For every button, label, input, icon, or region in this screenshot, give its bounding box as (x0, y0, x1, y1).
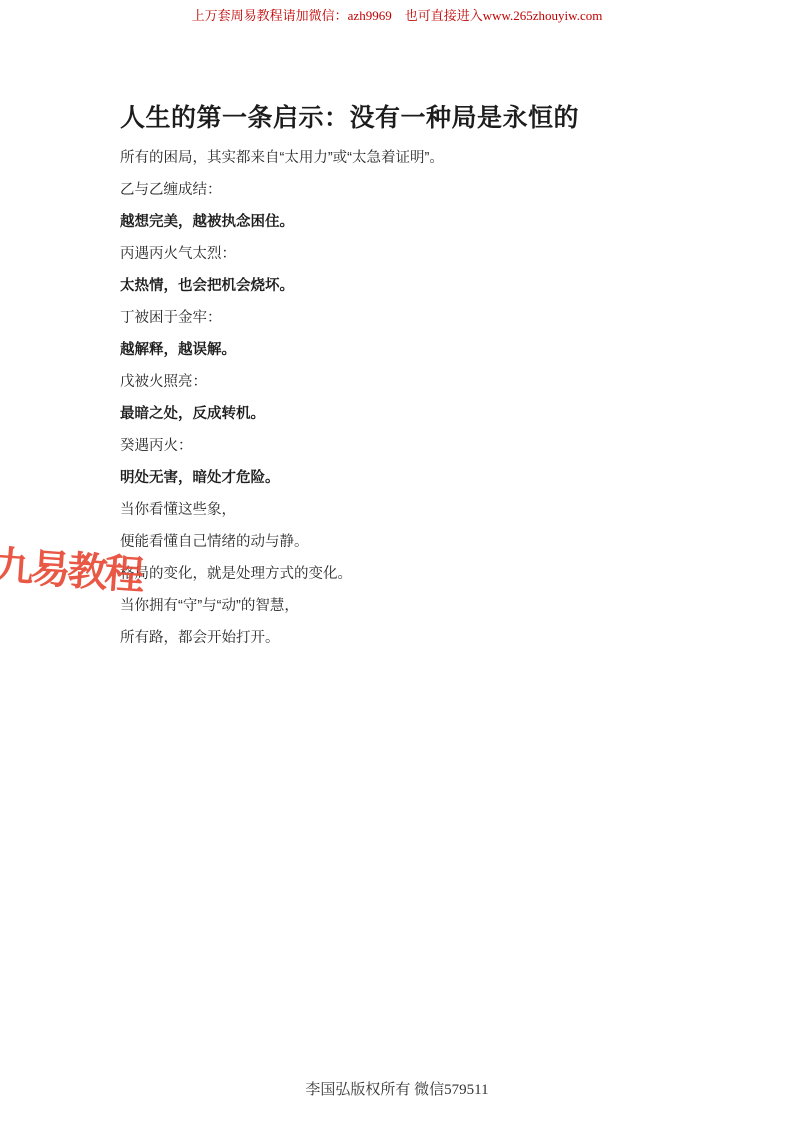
body-line-emphasis: 太热情，也会把机会烧坏。 (120, 270, 680, 302)
body-line: 格局的变化，就是处理方式的变化。 (120, 558, 680, 590)
footer-copyright: 李国弘版权所有 微信579511 (0, 1078, 794, 1099)
red-watermark: 九易教程 (0, 534, 144, 601)
body-line-emphasis: 最暗之处，反成转机。 (120, 398, 680, 430)
header-promo-notice: 上万套周易教程请加微信：azh9969 也可直接进入www.265zhouyiw… (0, 5, 794, 24)
body-line: 丙遇丙火气太烈： (120, 238, 680, 270)
body-line: 丁被困于金牢： (120, 302, 680, 334)
body-line: 当你拥有“守”与“动”的智慧， (120, 590, 680, 622)
page-title: 人生的第一条启示：没有一种局是永恒的 (120, 102, 680, 134)
body-line: 所有路，都会开始打开。 (120, 622, 680, 654)
body-line: 所有的困局，其实都来自“太用力”或“太急着证明”。 (120, 142, 680, 174)
body-line: 戊被火照亮： (120, 366, 680, 398)
document-page: 上万套周易教程请加微信：azh9969 也可直接进入www.265zhouyiw… (0, 0, 794, 1123)
body-line: 乙与乙缠成结： (120, 174, 680, 206)
body-line: 便能看懂自己情绪的动与静。 (120, 526, 680, 558)
body-line-emphasis: 明处无害，暗处才危险。 (120, 462, 680, 494)
body-line-emphasis: 越想完美，越被执念困住。 (120, 206, 680, 238)
body-line: 当你看懂这些象， (120, 494, 680, 526)
paragraph-list: 所有的困局，其实都来自“太用力”或“太急着证明”。 乙与乙缠成结： 越想完美，越… (120, 142, 680, 654)
body-line-emphasis: 越解释，越误解。 (120, 334, 680, 366)
article-body: 人生的第一条启示：没有一种局是永恒的 所有的困局，其实都来自“太用力”或“太急着… (120, 102, 680, 654)
body-line: 癸遇丙火： (120, 430, 680, 462)
